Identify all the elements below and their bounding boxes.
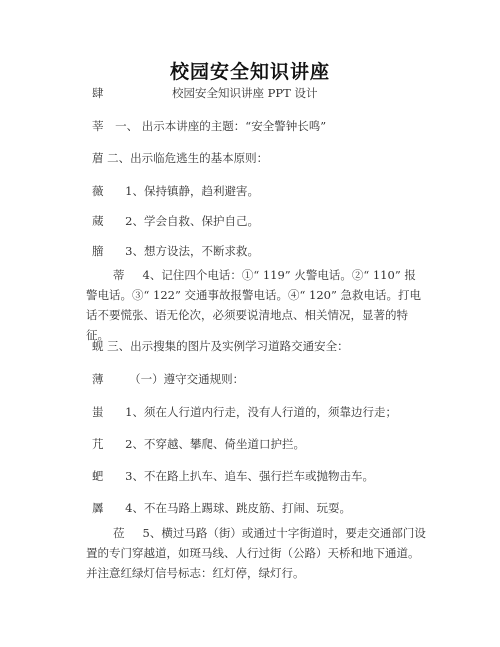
- rule-3-line: 蚆 3、不在路上扒车、追车、强行拦车或抛物击车。: [92, 468, 374, 484]
- principle-4-text: 4、记住四个电话：①“ 119” 火警电话。②“ 110” 报警电话。③“ 12…: [86, 268, 421, 342]
- rule-4-line: 羼 4、不在马路上踢球、跳皮筋、打闹、玩耍。: [92, 500, 351, 516]
- rule-heading-text: （一）遵守交通规则：: [129, 372, 244, 386]
- section-two-line: 葿 二、出示临危逃生的基本原则：: [92, 150, 268, 166]
- line-marker: 蚆: [92, 468, 104, 484]
- line-marker: 蚬: [92, 338, 104, 354]
- principle-3-text: 3、想方设法，不断求救。: [125, 244, 259, 258]
- rule-1-text: 1、须在人行道内行走，没有人行道的，须靠边行走；: [125, 405, 397, 419]
- section-one-text: 一、 出示本讲座的主题：“安全警钟长鸣”: [115, 119, 326, 133]
- line-marker: 莅: [113, 526, 125, 540]
- line-marker: 蒂: [113, 268, 125, 282]
- rule-3-text: 3、不在路上扒车、追车、强行拦车或抛物击车。: [125, 469, 374, 483]
- subtitle-text: 校园安全知识讲座 PPT 设计: [172, 85, 317, 101]
- line-marker: 蚩: [92, 404, 104, 420]
- section-three-text: 三、出示搜集的图片及实例学习道路交通安全：: [107, 339, 349, 353]
- section-three-line: 蚬 三、出示搜集的图片及实例学习道路交通安全：: [92, 338, 349, 354]
- line-marker: 肆: [92, 85, 104, 101]
- rule-heading-line: 薄 （一）遵守交通规则：: [92, 371, 244, 387]
- line-marker: 薄: [92, 371, 104, 387]
- principle-1-line: 薇 1、保持镇静，趋利避害。: [92, 183, 259, 199]
- principle-1-text: 1、保持镇静，趋利避害。: [125, 184, 259, 198]
- line-marker: 葿: [92, 150, 104, 166]
- section-one-line: 莘 一、 出示本讲座的主题：“安全警钟长鸣”: [92, 118, 326, 134]
- line-marker: 莘: [92, 118, 104, 134]
- document-title: 校园安全知识讲座: [0, 57, 500, 84]
- line-marker: 膪: [92, 243, 104, 259]
- section-two-text: 二、出示临危逃生的基本原则：: [107, 151, 268, 165]
- subtitle-line: 肆 校园安全知识讲座 PPT 设计: [92, 85, 104, 101]
- rule-4-text: 4、不在马路上踢球、跳皮筋、打闹、玩耍。: [125, 501, 351, 515]
- rule-1-line: 蚩 1、须在人行道内行走，没有人行道的，须靠边行走；: [92, 404, 397, 420]
- line-marker: 羼: [92, 500, 104, 516]
- principle-4-paragraph: 蒂4、记住四个电话：①“ 119” 火警电话。②“ 110” 报警电话。③“ 1…: [86, 265, 426, 345]
- line-marker: 芁: [92, 436, 104, 452]
- principle-2-line: 蒇 2、学会自救、保护自己。: [92, 213, 259, 229]
- principle-2-text: 2、学会自救、保护自己。: [125, 214, 259, 228]
- rule-2-text: 2、不穿越、攀爬、倚坐道口护拦。: [125, 437, 305, 451]
- line-marker: 蒇: [92, 213, 104, 229]
- line-marker: 薇: [92, 183, 104, 199]
- rule-5-paragraph: 莅5、横过马路（街）或通过十字街道时，要走交通部门设置的专门穿越道，如斑马线、人…: [86, 523, 426, 583]
- principle-3-line: 膪 3、想方设法，不断求救。: [92, 243, 259, 259]
- rule-5-text: 5、横过马路（街）或通过十字街道时，要走交通部门设置的专门穿越道，如斑马线、人行…: [86, 526, 426, 580]
- rule-2-line: 芁 2、不穿越、攀爬、倚坐道口护拦。: [92, 436, 305, 452]
